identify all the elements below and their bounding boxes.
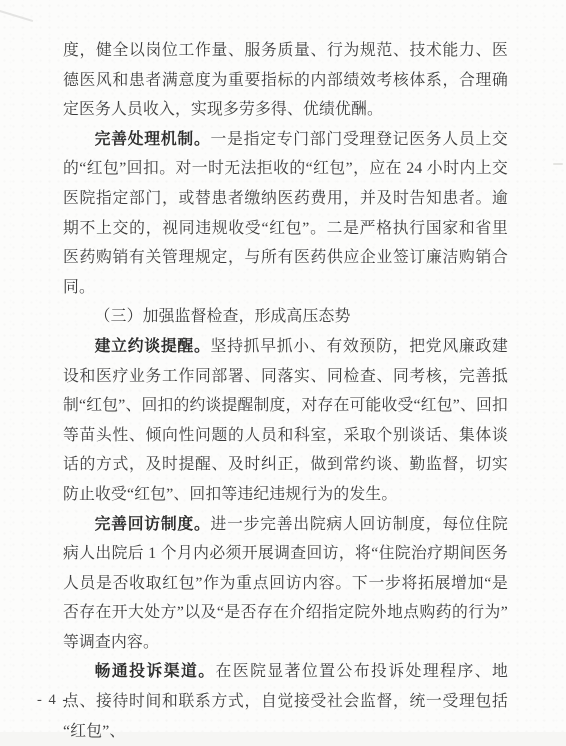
scanned-document-page: 度，健全以岗位工作量、服务质量、行为规范、技术能力、医德医风和患者满意度为重要指… — [0, 0, 566, 732]
scan-artifact-line — [0, 8, 33, 22]
paragraph-handling-mechanism: 完善处理机制。一是指定专门部门受理登记医务人员上交的“红包”回扣。对一时无法拒收… — [63, 125, 508, 303]
paragraph-text: 进一步完善出院病人回访制度，每位住院病人出院后 1 个月内必须开展调查回访，将“… — [63, 516, 508, 651]
page-number: - 4 - — [37, 692, 69, 709]
paragraph-lead: 畅通投诉渠道。 — [95, 663, 216, 680]
paragraph-talk-reminder: 建立约谈提醒。坚持抓早抓小、有效预防，把党风廉政建设和医疗业务工作同部署、同落实… — [63, 332, 508, 510]
paragraph-lead: 完善处理机制。 — [95, 131, 211, 148]
paragraph-text: 度，健全以岗位工作量、服务质量、行为规范、技术能力、医德医风和患者满意度为重要指… — [63, 42, 508, 118]
paragraph-complaint-channel: 畅通投诉渠道。在医院显著位置公布投诉处理程序、地点、接待时间和联系方式，自觉接受… — [63, 657, 508, 732]
scan-artifact-smudge — [553, 163, 563, 165]
heading-text: （三）加强监督检查，形成高压态势 — [95, 308, 351, 325]
paragraph-lead: 完善回访制度。 — [95, 516, 211, 533]
paragraph-text: 坚持抓早抓小、有效预防，把党风廉政建设和医疗业务工作同部署、同落实、同检查、同考… — [63, 338, 508, 503]
paragraph-text: 一是指定专门部门受理登记医务人员上交的“红包”回扣。对一时无法拒收的“红包”，应… — [63, 131, 508, 296]
section-heading-three: （三）加强监督检查，形成高压态势 — [63, 302, 508, 332]
paragraph-return-visit: 完善回访制度。进一步完善出院病人回访制度，每位住院病人出院后 1 个月内必须开展… — [63, 510, 508, 658]
page-body-text: 度，健全以岗位工作量、服务质量、行为规范、技术能力、医德医风和患者满意度为重要指… — [63, 36, 508, 732]
paragraph-lead: 建立约谈提醒。 — [95, 338, 211, 355]
paragraph-continuation: 度，健全以岗位工作量、服务质量、行为规范、技术能力、医德医风和患者满意度为重要指… — [63, 36, 508, 125]
